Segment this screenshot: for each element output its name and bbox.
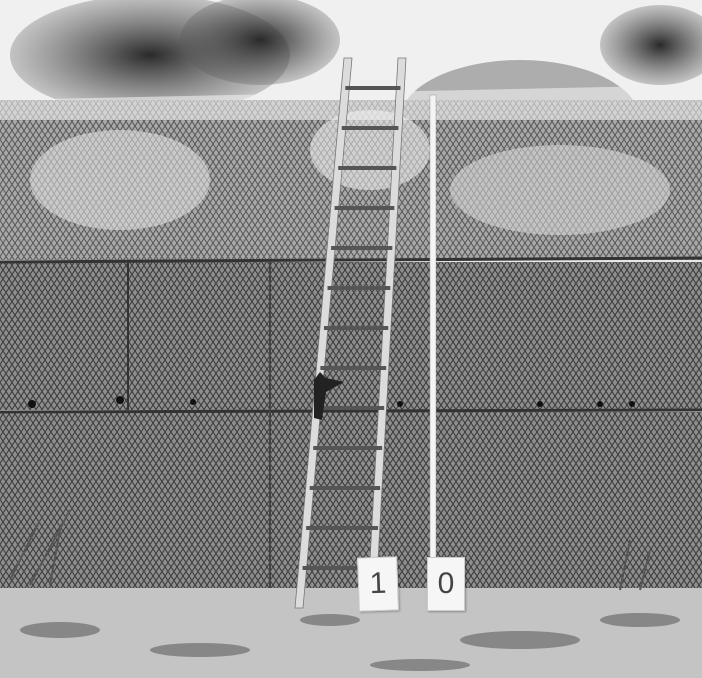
wall-middle xyxy=(0,262,702,410)
evidence-marker-1: 1 xyxy=(357,556,399,611)
ground xyxy=(0,588,702,678)
marker-label: 0 xyxy=(438,567,455,601)
scene-drawing xyxy=(0,0,702,678)
photograph: 1 0 xyxy=(0,0,702,678)
measuring-pole xyxy=(430,95,436,565)
evidence-marker-0: 0 xyxy=(427,557,465,611)
wall-lower xyxy=(0,412,702,592)
marker-label: 1 xyxy=(369,567,387,602)
